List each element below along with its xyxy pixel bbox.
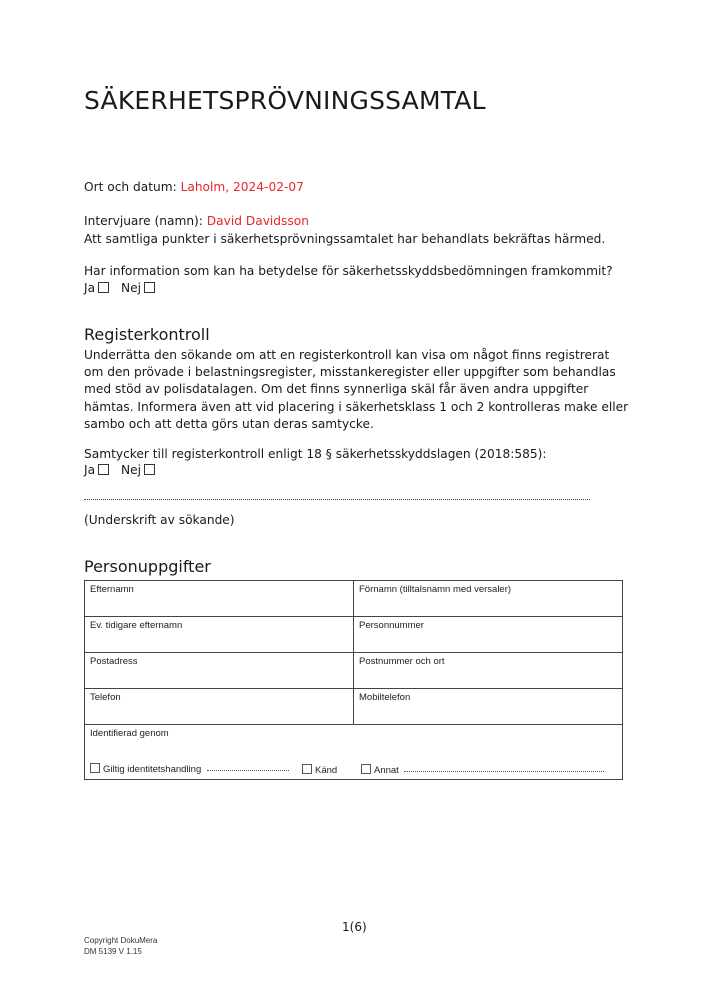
personal-data-table: Efternamn Förnamn (tilltalsnamn med vers… bbox=[84, 580, 623, 780]
page-title: SÄKERHETSPRÖVNINGSSAMTAL bbox=[84, 86, 486, 115]
surname-field[interactable]: Efternamn bbox=[85, 581, 354, 617]
known-checkbox[interactable] bbox=[302, 764, 312, 774]
consent-no-checkbox[interactable] bbox=[144, 464, 155, 475]
previous-surname-field[interactable]: Ev. tidigare efternamn bbox=[85, 617, 354, 653]
signature-line[interactable] bbox=[84, 499, 590, 500]
table-row: Postadress Postnummer och ort bbox=[85, 653, 623, 689]
personal-data-heading: Personuppgifter bbox=[84, 557, 211, 576]
interviewer-label: Intervjuare (namn): bbox=[84, 214, 207, 228]
other-label: Annat bbox=[374, 765, 399, 776]
table-row: Telefon Mobiltelefon bbox=[85, 689, 623, 725]
phone-field[interactable]: Telefon bbox=[85, 689, 354, 725]
valid-id-label: Giltig identitetshandling bbox=[103, 764, 201, 775]
other-input[interactable] bbox=[404, 771, 604, 772]
personal-number-field[interactable]: Personnummer bbox=[354, 617, 623, 653]
info-yes-label: Ja bbox=[84, 281, 95, 295]
info-no-checkbox[interactable] bbox=[144, 282, 155, 293]
interviewer-value[interactable]: David Davidsson bbox=[207, 214, 309, 228]
consent-yes-label: Ja bbox=[84, 463, 95, 477]
place-date-label: Ort och datum: bbox=[84, 180, 181, 194]
mobile-phone-field[interactable]: Mobiltelefon bbox=[354, 689, 623, 725]
consent-yes-checkbox[interactable] bbox=[98, 464, 109, 475]
info-yes-checkbox[interactable] bbox=[98, 282, 109, 293]
identification-options: Giltig identitetshandling Känd Annat bbox=[90, 763, 615, 777]
postal-code-city-field[interactable]: Postnummer och ort bbox=[354, 653, 623, 689]
table-row: Ev. tidigare efternamn Personnummer bbox=[85, 617, 623, 653]
signature-caption: (Underskrift av sökande) bbox=[84, 512, 235, 529]
postal-address-field[interactable]: Postadress bbox=[85, 653, 354, 689]
copyright-text: Copyright DokuMera bbox=[84, 936, 157, 947]
document-id: DM 5139 V 1.15 bbox=[84, 947, 157, 958]
identified-by-cell: Identifierad genom Giltig identitetshand… bbox=[85, 725, 623, 780]
first-name-field[interactable]: Förnamn (tilltalsnamn med versaler) bbox=[354, 581, 623, 617]
info-answer-row: Ja Nej bbox=[84, 280, 155, 297]
register-check-paragraph: Underrätta den sökande om att en registe… bbox=[84, 347, 629, 433]
valid-id-checkbox[interactable] bbox=[90, 763, 100, 773]
consent-question: Samtycker till registerkontroll enligt 1… bbox=[84, 446, 547, 463]
place-date-line: Ort och datum: Laholm, 2024-02-07 bbox=[84, 179, 304, 196]
known-label: Känd bbox=[315, 765, 337, 776]
identified-by-label: Identifierad genom bbox=[90, 728, 169, 739]
footer-copyright-block: Copyright DokuMera DM 5139 V 1.15 bbox=[84, 936, 157, 957]
info-no-label: Nej bbox=[121, 281, 141, 295]
table-row: Identifierad genom Giltig identitetshand… bbox=[85, 725, 623, 780]
register-check-heading: Registerkontroll bbox=[84, 325, 210, 344]
valid-id-input[interactable] bbox=[207, 770, 289, 771]
page-number: 1(6) bbox=[342, 920, 367, 934]
interviewer-line: Intervjuare (namn): David Davidsson bbox=[84, 213, 309, 230]
info-question: Har information som kan ha betydelse för… bbox=[84, 263, 613, 280]
consent-no-label: Nej bbox=[121, 463, 141, 477]
confirmation-text: Att samtliga punkter i säkerhetsprövning… bbox=[84, 231, 605, 248]
place-date-value[interactable]: Laholm, 2024-02-07 bbox=[181, 180, 304, 194]
other-checkbox[interactable] bbox=[361, 764, 371, 774]
table-row: Efternamn Förnamn (tilltalsnamn med vers… bbox=[85, 581, 623, 617]
consent-answer-row: Ja Nej bbox=[84, 462, 155, 479]
